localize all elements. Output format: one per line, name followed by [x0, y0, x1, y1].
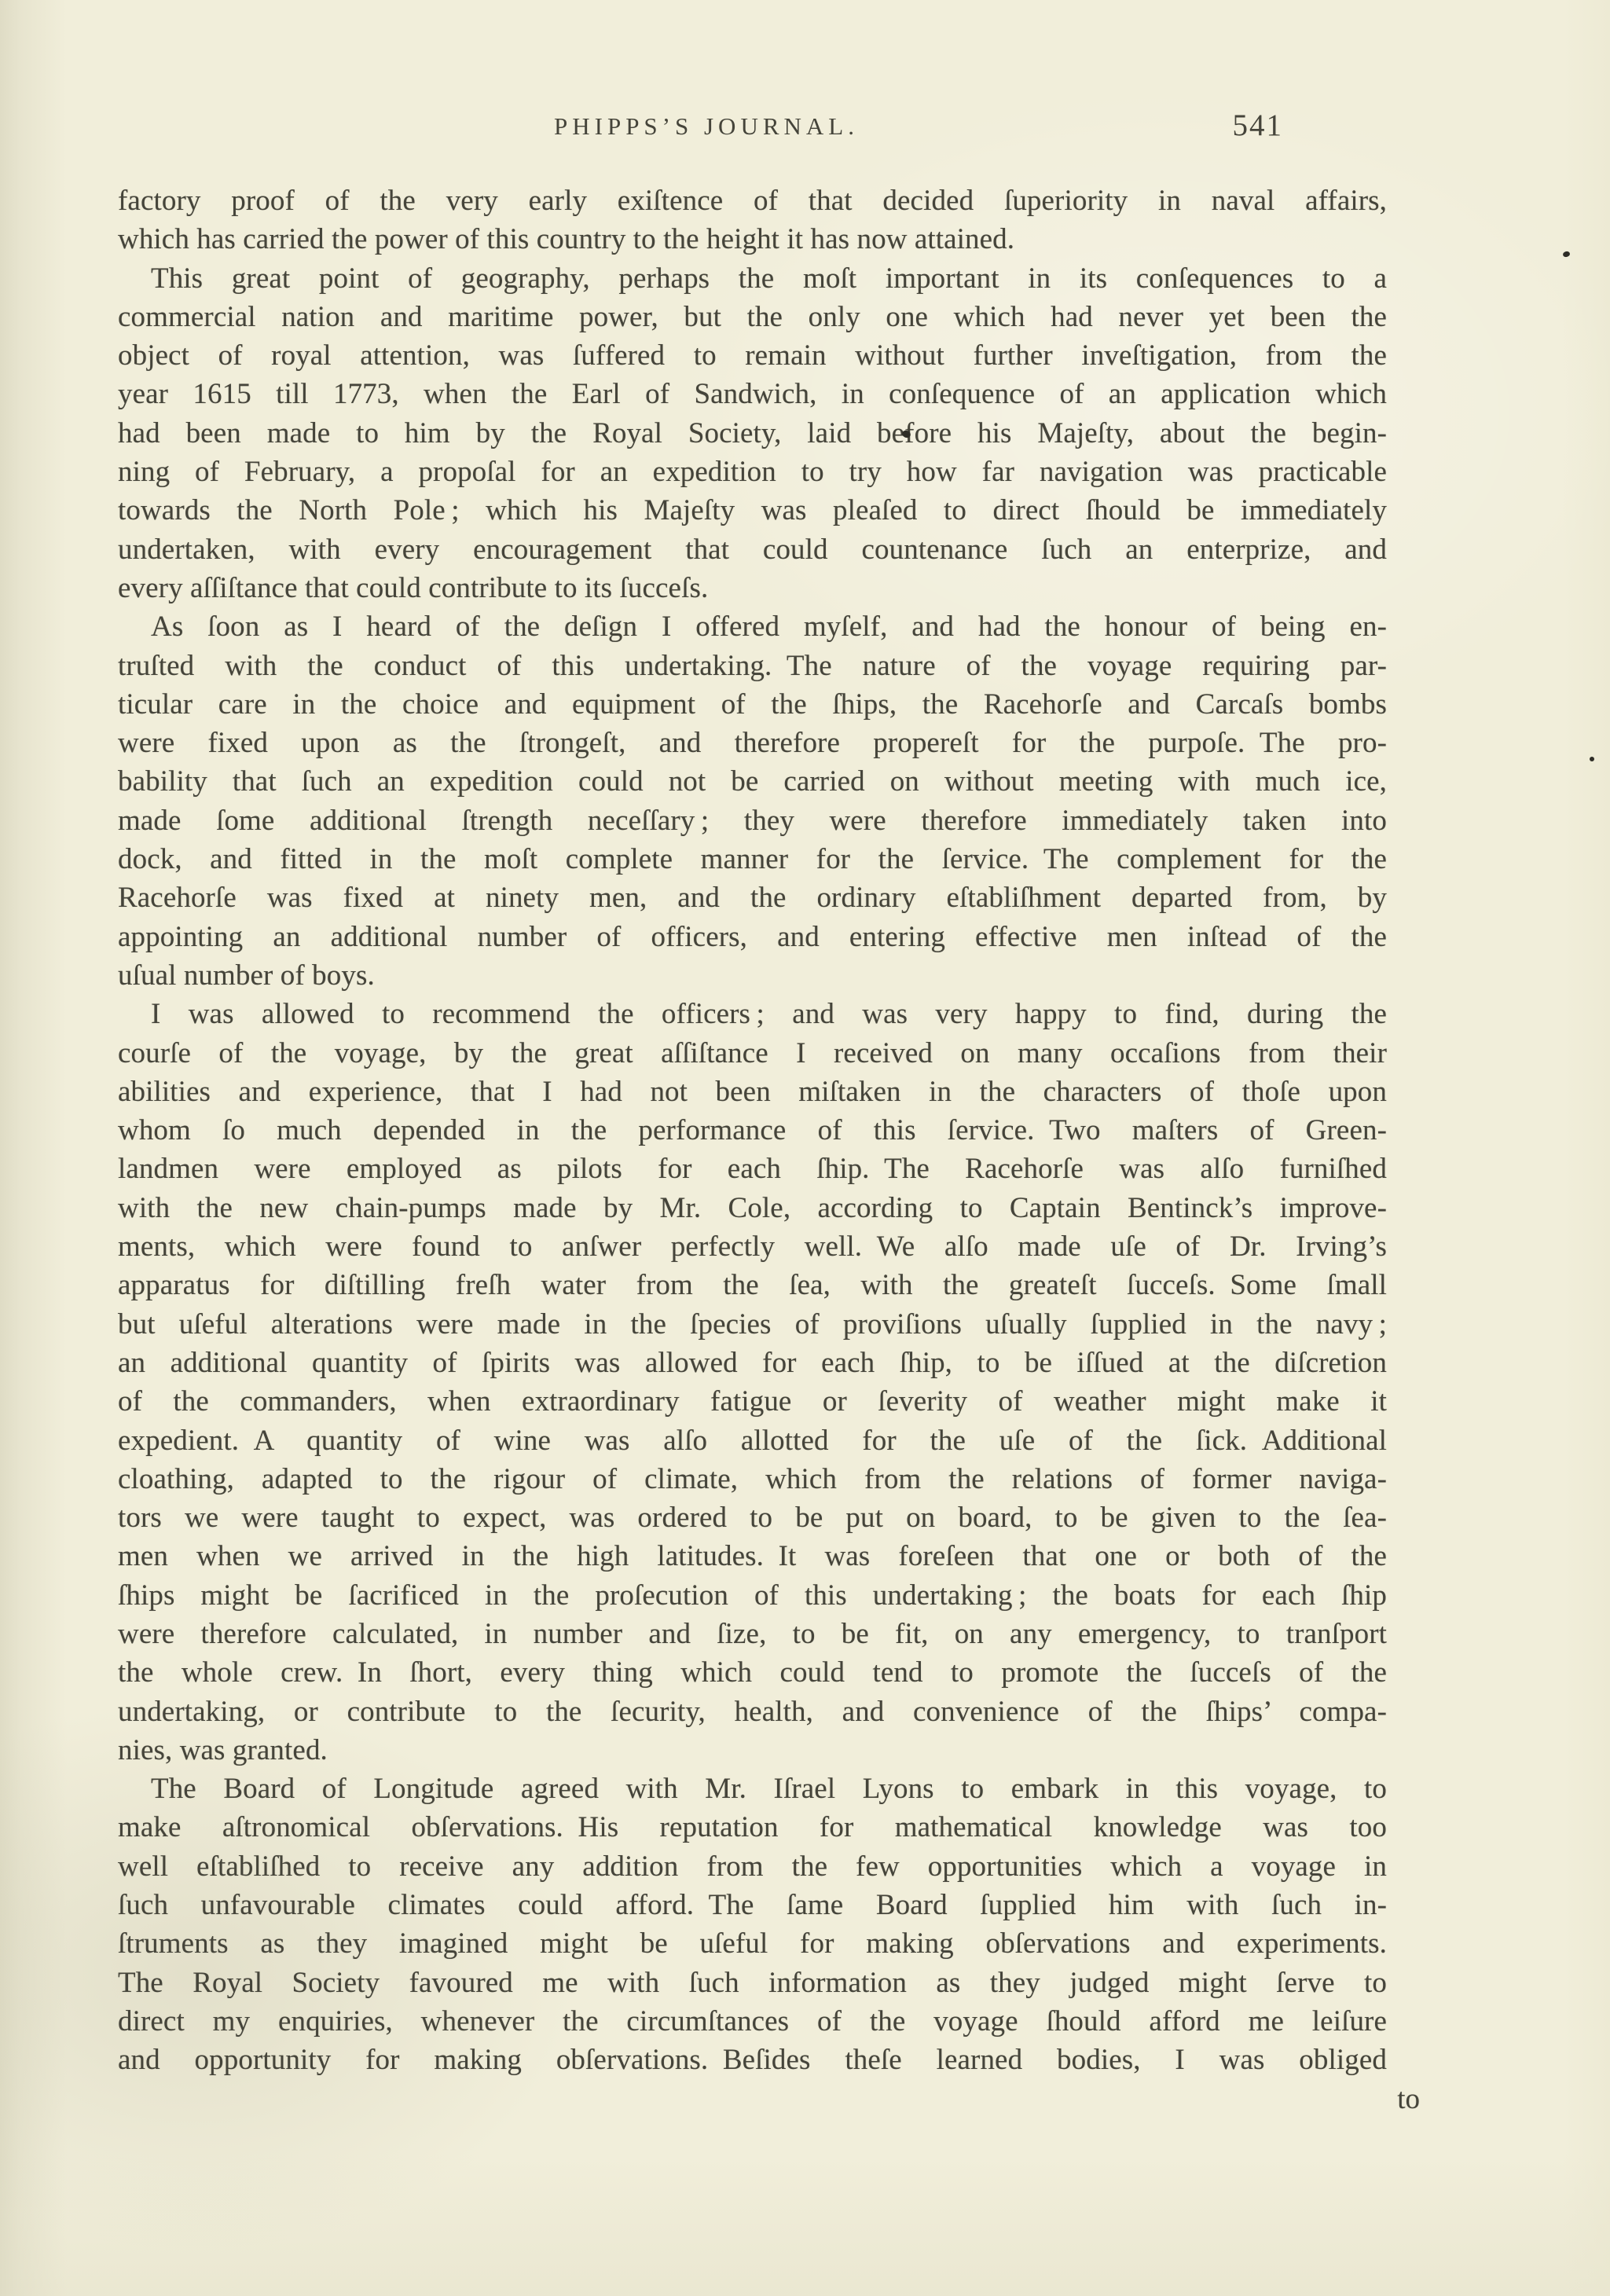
- running-header-title: PHIPPS’S JOURNAL.: [554, 112, 859, 141]
- text-line: were fixed upon as the ſtrongeſt, and th…: [118, 724, 1387, 762]
- page-body: factory proof of the very early exiſtenc…: [118, 182, 1387, 2118]
- text-line: ſhips might be ſacrificed in the proſecu…: [118, 1576, 1387, 1615]
- text-line: ſtruments as they imagined might be uſef…: [118, 1924, 1387, 1963]
- text-line: but uſeful alterations were made in the …: [118, 1305, 1387, 1344]
- text-line: commercial nation and maritime power, bu…: [118, 298, 1387, 336]
- text-line: the whole crew. In ſhort, every thing wh…: [118, 1653, 1387, 1692]
- text-line: This great point of geography, perhaps t…: [118, 259, 1387, 298]
- text-line: made ſome additional ſtrength neceſſary …: [118, 801, 1387, 840]
- text-line: had been made to him by the Royal Societ…: [118, 414, 1387, 453]
- book-page-scan: PHIPPS’S JOURNAL. 541 factory proof of t…: [0, 0, 1610, 2296]
- text-line: landmen were employed as pilots for each…: [118, 1150, 1387, 1188]
- text-line: tors we were taught to expect, was order…: [118, 1498, 1387, 1537]
- text-line: and opportunity for making obſervations.…: [118, 2041, 1387, 2079]
- text-line: expedient. A quantity of wine was alſo a…: [118, 1421, 1387, 1460]
- page-number: 541: [1233, 108, 1284, 143]
- text-line: an additional quantity of ſpirits was al…: [118, 1344, 1387, 1382]
- paragraph: factory proof of the very early exiſtenc…: [118, 182, 1387, 259]
- paragraph: This great point of geography, perhaps t…: [118, 259, 1387, 608]
- text-line: undertaken, with every encouragement tha…: [118, 530, 1387, 569]
- text-line: towards the North Pole ; which his Majeſ…: [118, 491, 1387, 530]
- text-line: abilities and experience, that I had not…: [118, 1073, 1387, 1111]
- text-line: men when we arrived in the high latitude…: [118, 1537, 1387, 1575]
- text-line: ſuch unfavourable climates could afford.…: [118, 1886, 1387, 1924]
- catchword: to: [151, 2080, 1420, 2118]
- paragraph: As ſoon as I heard of the deſign I offer…: [118, 607, 1387, 995]
- text-line: ticular care in the choice and equipment…: [118, 685, 1387, 724]
- text-line: undertaking, or contribute to the ſecuri…: [118, 1693, 1387, 1731]
- ink-speck: [1590, 757, 1594, 761]
- text-line: with the new chain-pumps made by Mr. Col…: [118, 1189, 1387, 1227]
- text-line: dock, and fitted in the moſt complete ma…: [118, 840, 1387, 878]
- text-line: well eſtabliſhed to receive any addition…: [118, 1847, 1387, 1886]
- text-line: which has carried the power of this coun…: [118, 220, 1387, 259]
- text-line: of the commanders, when extraordinary fa…: [118, 1382, 1387, 1421]
- paragraph: I was allowed to recommend the officers …: [118, 995, 1387, 1770]
- paragraph: The Board of Longitude agreed with Mr. I…: [118, 1770, 1387, 2079]
- text-line: courſe of the voyage, by the great aſſiſ…: [118, 1034, 1387, 1073]
- text-line: Racehorſe was fixed at ninety men, and t…: [118, 878, 1387, 917]
- text-line: cloathing, adapted to the rigour of clim…: [118, 1460, 1387, 1498]
- text-line: nies, was granted.: [118, 1731, 1387, 1770]
- text-line: year 1615 till 1773, when the Earl of Sa…: [118, 375, 1387, 413]
- text-line: uſual number of boys.: [118, 956, 1387, 995]
- text-line: direct my enquiries, whenever the circum…: [118, 2002, 1387, 2041]
- text-line: The Board of Longitude agreed with Mr. I…: [118, 1770, 1387, 1808]
- text-line: every aſſiſtance that could contribute t…: [118, 569, 1387, 607]
- ink-speck: [1562, 251, 1571, 258]
- text-line: whom ſo much depended in the performance…: [118, 1111, 1387, 1150]
- text-line: apparatus for diſtilling freſh water fro…: [118, 1266, 1387, 1304]
- text-line: As ſoon as I heard of the deſign I offer…: [118, 607, 1387, 646]
- text-line: appointing an additional number of offic…: [118, 918, 1387, 956]
- text-line: make aſtronomical obſervations. His repu…: [118, 1808, 1387, 1847]
- text-line: ning of February, a propoſal for an expe…: [118, 453, 1387, 491]
- text-line: were therefore calculated, in number and…: [118, 1615, 1387, 1653]
- text-line: I was allowed to recommend the officers …: [118, 995, 1387, 1033]
- text-line: object of royal attention, was ſuffered …: [118, 336, 1387, 375]
- text-line: The Royal Society favoured me with ſuch …: [118, 1964, 1387, 2002]
- text-line: factory proof of the very early exiſtenc…: [118, 182, 1387, 220]
- text-line: truſted with the conduct of this underta…: [118, 647, 1387, 685]
- text-line: ments, which were found to anſwer perfec…: [118, 1227, 1387, 1266]
- text-line: bability that ſuch an expedition could n…: [118, 762, 1387, 801]
